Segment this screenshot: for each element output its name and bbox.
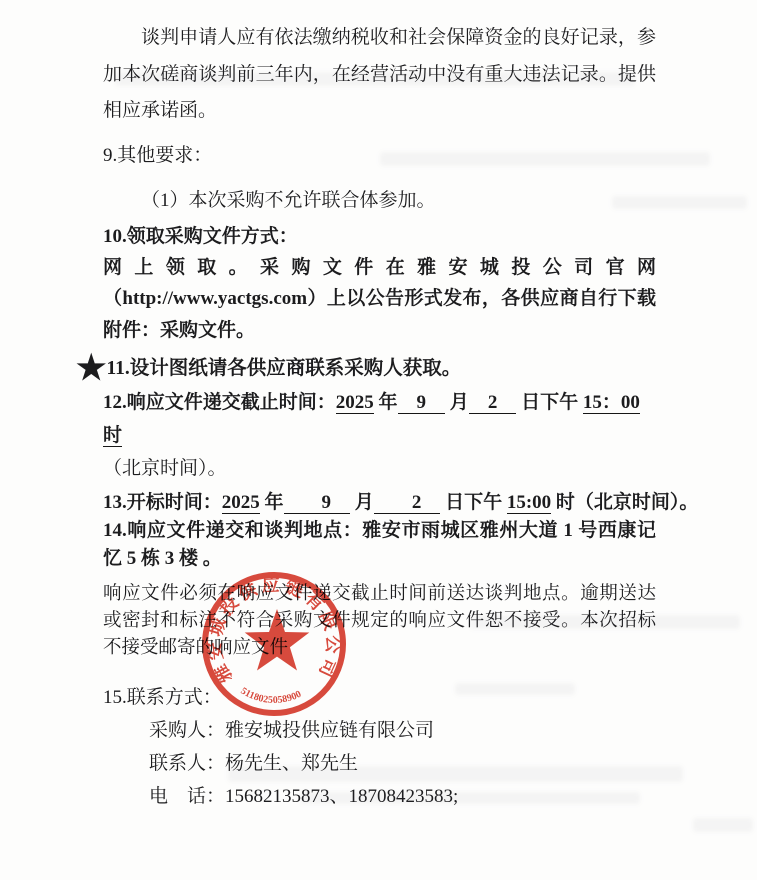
year-unit: 年 [374,392,398,413]
bleed-artifact [693,818,753,832]
contact-value: 杨先生、郑先生 [225,753,358,774]
item11-line: ★11.设计图纸请各供应商联系采购人获取。 [103,352,656,386]
item13-label: 13.开标时间： [103,492,222,513]
opening-time-value: 15:00 [507,492,551,514]
contact-person-line: 联系人：杨先生、郑先生 [103,747,656,780]
deadline-note: 响应文件必须在响应文件递交截止时间前送达谈判地点。逾期送达或密封和标注不符合采购… [103,581,656,662]
deadline-year-value: 2025 [336,392,374,414]
seal-serial-text: 5118025058900 [239,686,305,706]
item14-line: 14.响应文件递交和谈判地点：雅安市雨城区雅州大道 1 号西康记忆 5 栋 3 … [103,517,656,573]
opening-month-value: 9 [284,492,351,514]
contact-label: 联系人： [149,753,225,774]
seal-star-icon [245,609,310,671]
opening-year-value: 2025 [222,492,260,514]
document-page: 谈判申请人应有依法缴纳税收和社会保障资金的良好记录，参加本次磋商谈判前三年内，在… [0,0,757,880]
item12-timezone: （北京时间）。 [103,452,656,485]
phone-line: 电 话：15682135873、18708423583; [103,780,656,813]
intro-paragraph: 谈判申请人应有依法缴纳税收和社会保障资金的良好记录，参加本次磋商谈判前三年内，在… [103,20,656,130]
item9-point1: （1）本次采购不允许联合体参加。 [103,183,656,219]
document-body: 谈判申请人应有依法缴纳税收和社会保障资金的良好记录，参加本次磋商谈判前三年内，在… [103,20,656,813]
day-unit: 日下午 [516,392,583,413]
phone-label: 电 话： [149,786,225,807]
deadline-day-value: 2 [469,392,517,414]
star-icon: ★ [76,350,106,387]
company-seal: 雅安城投供应链有限公司 5118025058900 [189,559,359,729]
item13-suffix: 时（北京时间）。 [551,492,698,513]
day-unit: 日下午 [440,492,507,513]
item9-heading: 9.其他要求： [103,138,656,174]
item12-label: 12.响应文件递交截止时间： [103,392,336,413]
month-unit: 月 [445,392,469,413]
item13-line: 13.开标时间：2025 年 9 月 2 日下午 15:00 时（北京时间）。 [103,489,656,517]
item10-heading: 10.领取采购文件方式： [103,221,656,252]
item11-text: 11.设计图纸请各供应商联系采购人获取。 [106,358,461,379]
deadline-month-value: 9 [398,392,446,414]
phone-value: 15682135873、18708423583; [225,786,458,807]
item10-body: 网上领取。采购文件在雅安城投公司官网（http://www.yactgs.com… [103,252,656,347]
month-unit: 月 [350,492,374,513]
opening-day-value: 2 [374,492,441,514]
buyer-line: 采购人：雅安城投供应链有限公司 [103,714,656,747]
year-unit: 年 [260,492,284,513]
item15-heading: 15.联系方式： [103,681,656,714]
item12-line: 12.响应文件递交截止时间：2025 年 9 月 2 日下午 15：00 时 [103,386,656,452]
